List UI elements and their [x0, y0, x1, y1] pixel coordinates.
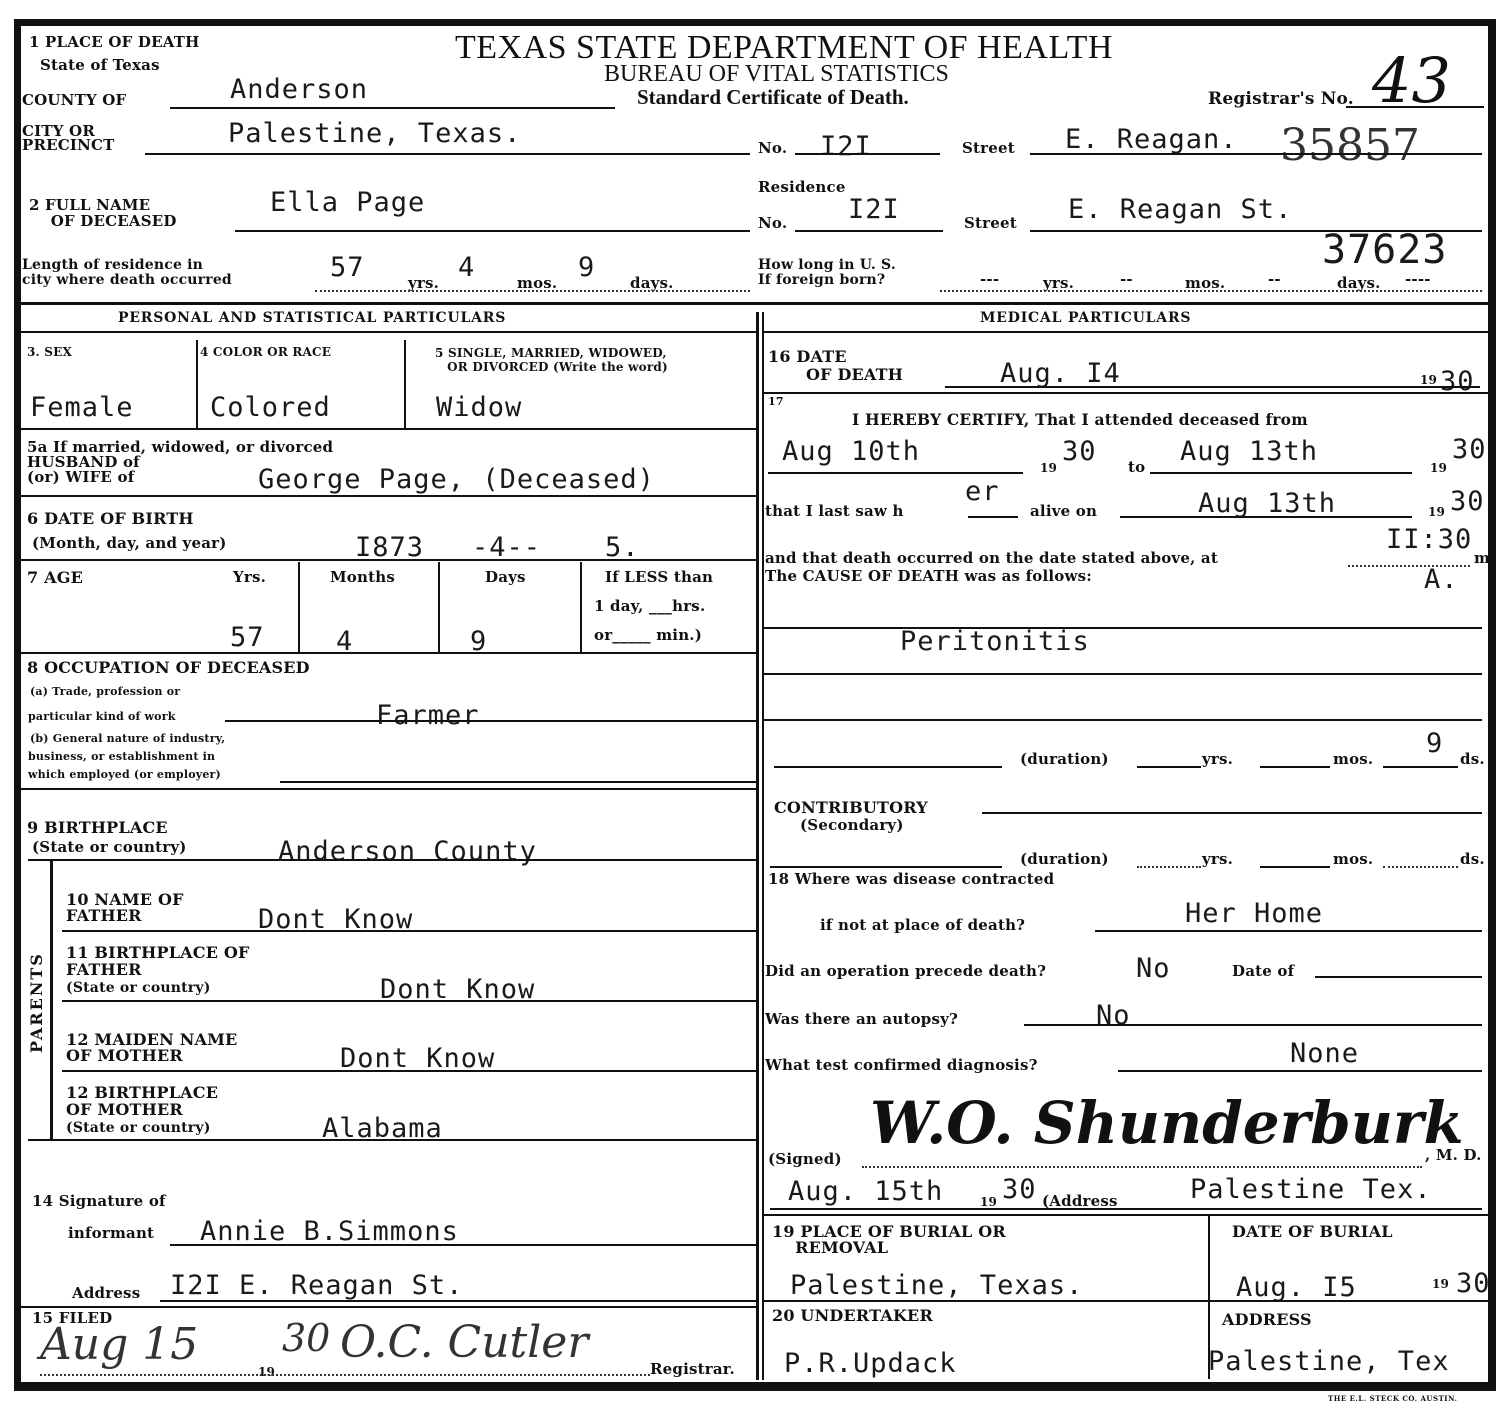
informant-label-1: 14 Signature of: [32, 1194, 166, 1209]
undertaker-value: P.R.Updack: [784, 1350, 957, 1378]
mother-name-value: Dont Know: [340, 1045, 495, 1073]
street-no-line: [795, 153, 940, 155]
length-yrs-label: yrs.: [408, 276, 439, 291]
signed-label: (Signed): [768, 1152, 842, 1167]
cause-line-2: [764, 673, 1482, 675]
row-divider-signed: [764, 1214, 1490, 1216]
duration2-ds-label: ds.: [1460, 852, 1485, 867]
mother-birthplace-line: [28, 1139, 756, 1141]
employer-line: [280, 781, 756, 783]
full-name-label: 2 FULL NAME OF DECEASED: [29, 197, 177, 229]
test-line: [1118, 1070, 1482, 1072]
filed-year-handwritten: 30: [282, 1318, 330, 1358]
certify-text: I HEREBY CERTIFY, That I attended deceas…: [852, 412, 1308, 427]
last-saw-date: Aug 13th: [1198, 490, 1336, 518]
registrar-no: 43: [1372, 50, 1451, 112]
age-months-label: Months: [330, 570, 395, 585]
registrar-label: Registrar.: [650, 1362, 735, 1377]
occupation-line: [225, 720, 756, 722]
row-divider-sex: [20, 428, 756, 430]
parents-label: PARENTS: [27, 940, 57, 1065]
age-col-divider-2: [438, 562, 440, 652]
test-value: None: [1290, 1040, 1359, 1068]
where-line: [1095, 930, 1482, 932]
last-saw-19-label: 19: [1428, 506, 1445, 519]
death-time-value: II:30: [1386, 526, 1472, 554]
occupation-value: Farmer: [376, 702, 480, 730]
age-days-label: Days: [485, 570, 526, 585]
dob-label-1: 6 DATE OF BIRTH: [27, 511, 194, 526]
informant-value: Annie B.Simmons: [200, 1218, 459, 1246]
autopsy-label: Was there an autopsy?: [765, 1012, 958, 1027]
row-divider-informant: [20, 1306, 756, 1308]
us-mos-value: --: [1120, 272, 1133, 287]
duration-line-blank: [774, 766, 1002, 768]
birthplace-line: [28, 859, 756, 861]
occ-b-label-3: which employed (or employer): [28, 769, 221, 781]
age-yrs-value: 57: [230, 624, 265, 652]
attended-to-line: [1150, 472, 1412, 474]
age-label: 7 AGE: [27, 570, 83, 585]
medical-header-divider: [764, 331, 1490, 333]
us-yrs-value: ---: [980, 272, 999, 287]
duration2-yrs-label: yrs.: [1202, 852, 1233, 867]
burial-19-label: 19: [1432, 1278, 1449, 1291]
cause-value: Peritonitis: [900, 628, 1090, 656]
last-saw-line: [1120, 516, 1412, 518]
city-value: Palestine, Texas.: [228, 120, 521, 148]
cause-line-3: [764, 719, 1482, 721]
certify-number: 17: [768, 396, 784, 408]
birthplace-value: Anderson County: [278, 838, 537, 866]
to-19-label: 19: [1430, 462, 1447, 475]
md-label: , M. D.: [1425, 1148, 1482, 1163]
dob-year-value: I873: [355, 534, 424, 562]
occ-b-label-1: (b) General nature of industry,: [30, 733, 225, 745]
length-mos-label: mos.: [517, 276, 557, 291]
operation-value: No: [1136, 955, 1171, 983]
physician-signature: W.O. Shunderburk: [870, 1088, 1464, 1158]
address-label: Address: [72, 1286, 140, 1301]
cause-line-1: [764, 627, 1482, 629]
place-of-death-label: 1 PLACE OF DEATH: [29, 35, 199, 50]
birthplace-label-1: 9 BIRTHPLACE: [27, 820, 168, 835]
marital-label: 5 SINGLE, MARRIED, WIDOWED, OR DIVORCED …: [434, 346, 668, 374]
where-label-1: 18 Where was disease contracted: [768, 872, 1054, 887]
less-than-label-3: or_____ min.): [594, 628, 702, 643]
state-label: State of Texas: [40, 58, 160, 73]
length-yrs-value: 57: [330, 254, 365, 282]
father-name-line: [62, 930, 756, 932]
alive-on-label: alive on: [1030, 504, 1097, 519]
signed-address-line: [770, 1208, 1482, 1210]
death-time-label: and that death occurred on the date stat…: [765, 551, 1218, 566]
dob-label-2: (Month, day, and year): [32, 536, 227, 551]
contributory-label-1: CONTRIBUTORY: [774, 800, 928, 815]
burial-year-value: 30: [1456, 1270, 1491, 1298]
full-name-line: [235, 230, 750, 232]
duration2-label: (duration): [1020, 852, 1109, 867]
length-line: [315, 290, 750, 292]
file-number: 37623: [1322, 230, 1447, 270]
duration-yrs-line: [1137, 766, 1201, 768]
no-label: No.: [758, 141, 787, 156]
race-label: 4 COLOR OR RACE: [200, 346, 331, 359]
operation-date-line: [1315, 976, 1482, 978]
undertaker-label: 20 UNDERTAKER: [772, 1308, 933, 1323]
row-divider-occupation: [20, 788, 756, 790]
duration-days-value: 9: [1426, 730, 1443, 758]
medical-section-title: MEDICAL PARTICULARS: [980, 310, 1191, 326]
street-label: Street: [962, 141, 1015, 156]
personal-section-title: PERSONAL AND STATISTICAL PARTICULARS: [118, 310, 506, 326]
county-value: Anderson: [230, 76, 368, 104]
street-line: [1030, 153, 1482, 155]
signature-line: [862, 1166, 1422, 1168]
operation-label: Did an operation precede death?: [765, 964, 1046, 979]
section-divider-top: [20, 302, 1490, 305]
duration-yrs-label: yrs.: [1202, 752, 1233, 767]
dob-month-value: -4--: [472, 534, 541, 562]
registrar-signature: O.C. Cutler: [340, 1320, 588, 1366]
test-label: What test confirmed diagnosis?: [765, 1058, 1038, 1073]
undertaker-address-value: Palestine, Tex: [1208, 1348, 1450, 1376]
county-line: [170, 107, 615, 109]
pronoun-line: [968, 516, 1018, 518]
us-days-value: --: [1268, 272, 1281, 287]
street-no-value: I2I: [820, 133, 872, 161]
m-label: m.: [1474, 551, 1496, 566]
mother-name-line: [62, 1070, 756, 1072]
sex-value: Female: [30, 394, 134, 422]
last-saw-label: that I last saw h: [765, 504, 904, 519]
age-col-divider-3: [580, 562, 582, 652]
birthplace-label-2: (State or country): [32, 840, 187, 855]
stamp-number: 35857: [1280, 124, 1420, 168]
informant-address-line: [160, 1300, 756, 1302]
death-ampm-value: A.: [1424, 566, 1459, 594]
less-than-label-1: If LESS than: [605, 570, 713, 585]
city-line: [145, 153, 750, 155]
undertaker-address-label: ADDRESS: [1222, 1312, 1312, 1327]
signed-address-label: (Address: [1042, 1194, 1118, 1209]
duration-days-line: [1383, 766, 1458, 768]
cause-label: The CAUSE OF DEATH was as follows:: [765, 569, 1092, 584]
length-days-value: 9: [578, 254, 595, 282]
res-no-line: [795, 230, 943, 232]
contributory-label-2: (Secondary): [800, 818, 904, 833]
street-value: E. Reagan.: [1065, 126, 1238, 154]
res-street-label: Street: [964, 216, 1017, 231]
duration2-days-line: [1383, 866, 1458, 868]
filed-line: [40, 1374, 650, 1376]
dob-day-value: 5.: [605, 534, 640, 562]
county-label: COUNTY OF: [22, 93, 126, 108]
duration-mos-label: mos.: [1333, 752, 1373, 767]
informant-label-2: informant: [68, 1226, 154, 1241]
us-mos-label: mos.: [1185, 276, 1225, 291]
contributory-line: [982, 812, 1482, 814]
duration-label: (duration): [1020, 752, 1109, 767]
center-divider-2: [762, 312, 764, 1380]
from-19-label: 19: [1040, 462, 1057, 475]
signed-date-value: Aug. 15th: [788, 1178, 943, 1206]
duration2-mos-line: [1260, 866, 1330, 868]
informant-line: [170, 1244, 756, 1246]
signed-address-value: Palestine Tex.: [1190, 1176, 1432, 1204]
age-col-divider-1: [298, 562, 300, 652]
duration-ds-label: ds.: [1460, 752, 1485, 767]
mother-birthplace-label: 12 BIRTHPLACEOF MOTHER(State or country): [66, 1084, 218, 1137]
res-no-value: I2I: [848, 196, 900, 224]
race-marital-divider: [404, 340, 406, 428]
length-residence-label: Length of residence incity where death o…: [22, 258, 232, 288]
father-birthplace-line: [62, 1000, 756, 1002]
occ-a-label-2: particular kind of work: [28, 711, 176, 723]
personal-header-divider: [20, 331, 758, 333]
full-name-value: Ella Page: [270, 189, 425, 217]
last-saw-year: 30: [1450, 488, 1485, 516]
attended-from-line: [768, 472, 1023, 474]
dod-label-2: OF DEATH: [806, 367, 903, 382]
us-days-extra: ----: [1405, 272, 1431, 287]
residence-label: Residence: [758, 180, 846, 195]
father-birthplace-label: 11 BIRTHPLACE OFFATHER(State or country): [66, 944, 250, 997]
sex-label: 3. SEX: [27, 346, 72, 359]
certificate-subtitle: Standard Certificate of Death.: [637, 86, 909, 108]
marital-value: Widow: [436, 394, 522, 422]
burial-place-label: 19 PLACE OF BURIAL OR REMOVAL: [772, 1224, 1006, 1256]
occupation-label: 8 OCCUPATION OF DECEASED: [27, 660, 310, 675]
registrar-no-label: Registrar's No.: [1208, 92, 1354, 107]
autopsy-line: [1024, 1024, 1482, 1026]
attended-to-year: 30: [1452, 436, 1487, 464]
attended-from-year: 30: [1062, 438, 1097, 466]
row-divider-dod: [764, 392, 1490, 394]
occ-b-label-2: business, or establishment in: [28, 751, 215, 763]
dod-value: Aug. I4: [1000, 360, 1121, 388]
dod-label-1: 16 DATE: [768, 349, 847, 364]
burial-date-value: Aug. I5: [1236, 1274, 1357, 1302]
attended-to-value: Aug 13th: [1180, 438, 1318, 466]
filed-date-handwritten: Aug 15: [40, 1322, 198, 1368]
row-divider-spouse: [20, 495, 756, 497]
burial-place-value: Palestine, Texas.: [790, 1272, 1083, 1300]
row-divider-burial: [764, 1300, 1490, 1302]
foreign-born-label: How long in U. S.If foreign born?: [758, 258, 896, 288]
duration2-mos-label: mos.: [1333, 852, 1373, 867]
duration2-line-blank: [770, 866, 1002, 868]
foreign-line: [940, 290, 1482, 292]
center-divider: [756, 312, 759, 1380]
res-street-value: E. Reagan St.: [1068, 196, 1292, 224]
where-value: Her Home: [1185, 900, 1323, 928]
father-name-label: 10 NAME OFFATHER: [66, 892, 184, 924]
length-days-label: days.: [630, 276, 674, 291]
us-days-label: days.: [1337, 276, 1381, 291]
city-label: CITY ORPRECINCT: [22, 124, 115, 152]
printer-imprint: THE E.L. STECK CO. AUSTIN.: [1328, 1394, 1457, 1403]
burial-date-label: DATE OF BURIAL: [1232, 1224, 1393, 1239]
length-mos-value: 4: [458, 254, 475, 282]
race-value: Colored: [210, 394, 331, 422]
res-no-label: No.: [758, 216, 787, 231]
date-of-label: Date of: [1232, 964, 1294, 979]
signed-year-value: 30: [1002, 1176, 1037, 1204]
occ-a-label-1: (a) Trade, profession or: [30, 686, 180, 698]
dod-line: [945, 386, 1480, 388]
spouse-value: George Page, (Deceased): [258, 466, 655, 494]
sex-race-divider: [196, 340, 198, 428]
duration2-yrs-line: [1137, 866, 1201, 868]
attended-from-value: Aug 10th: [782, 438, 920, 466]
to-label: to: [1128, 460, 1145, 475]
mother-name-label: 12 MAIDEN NAMEOF MOTHER: [66, 1032, 237, 1064]
last-saw-pronoun: er: [965, 478, 1000, 506]
where-label-2: if not at place of death?: [820, 918, 1025, 933]
duration-mos-line: [1260, 766, 1330, 768]
informant-address-value: I2I E. Reagan St.: [170, 1272, 463, 1300]
row-divider-dob: [20, 559, 756, 561]
row-divider-age: [20, 652, 756, 654]
age-yrs-label: Yrs.: [233, 570, 266, 585]
filed-19-label: 19: [258, 1366, 275, 1379]
registrar-no-line: [1346, 106, 1484, 108]
us-yrs-label: yrs.: [1043, 276, 1074, 291]
bureau-title: BUREAU OF VITAL STATISTICS: [604, 62, 949, 86]
less-than-label-2: 1 day, ___hrs.: [594, 599, 705, 614]
